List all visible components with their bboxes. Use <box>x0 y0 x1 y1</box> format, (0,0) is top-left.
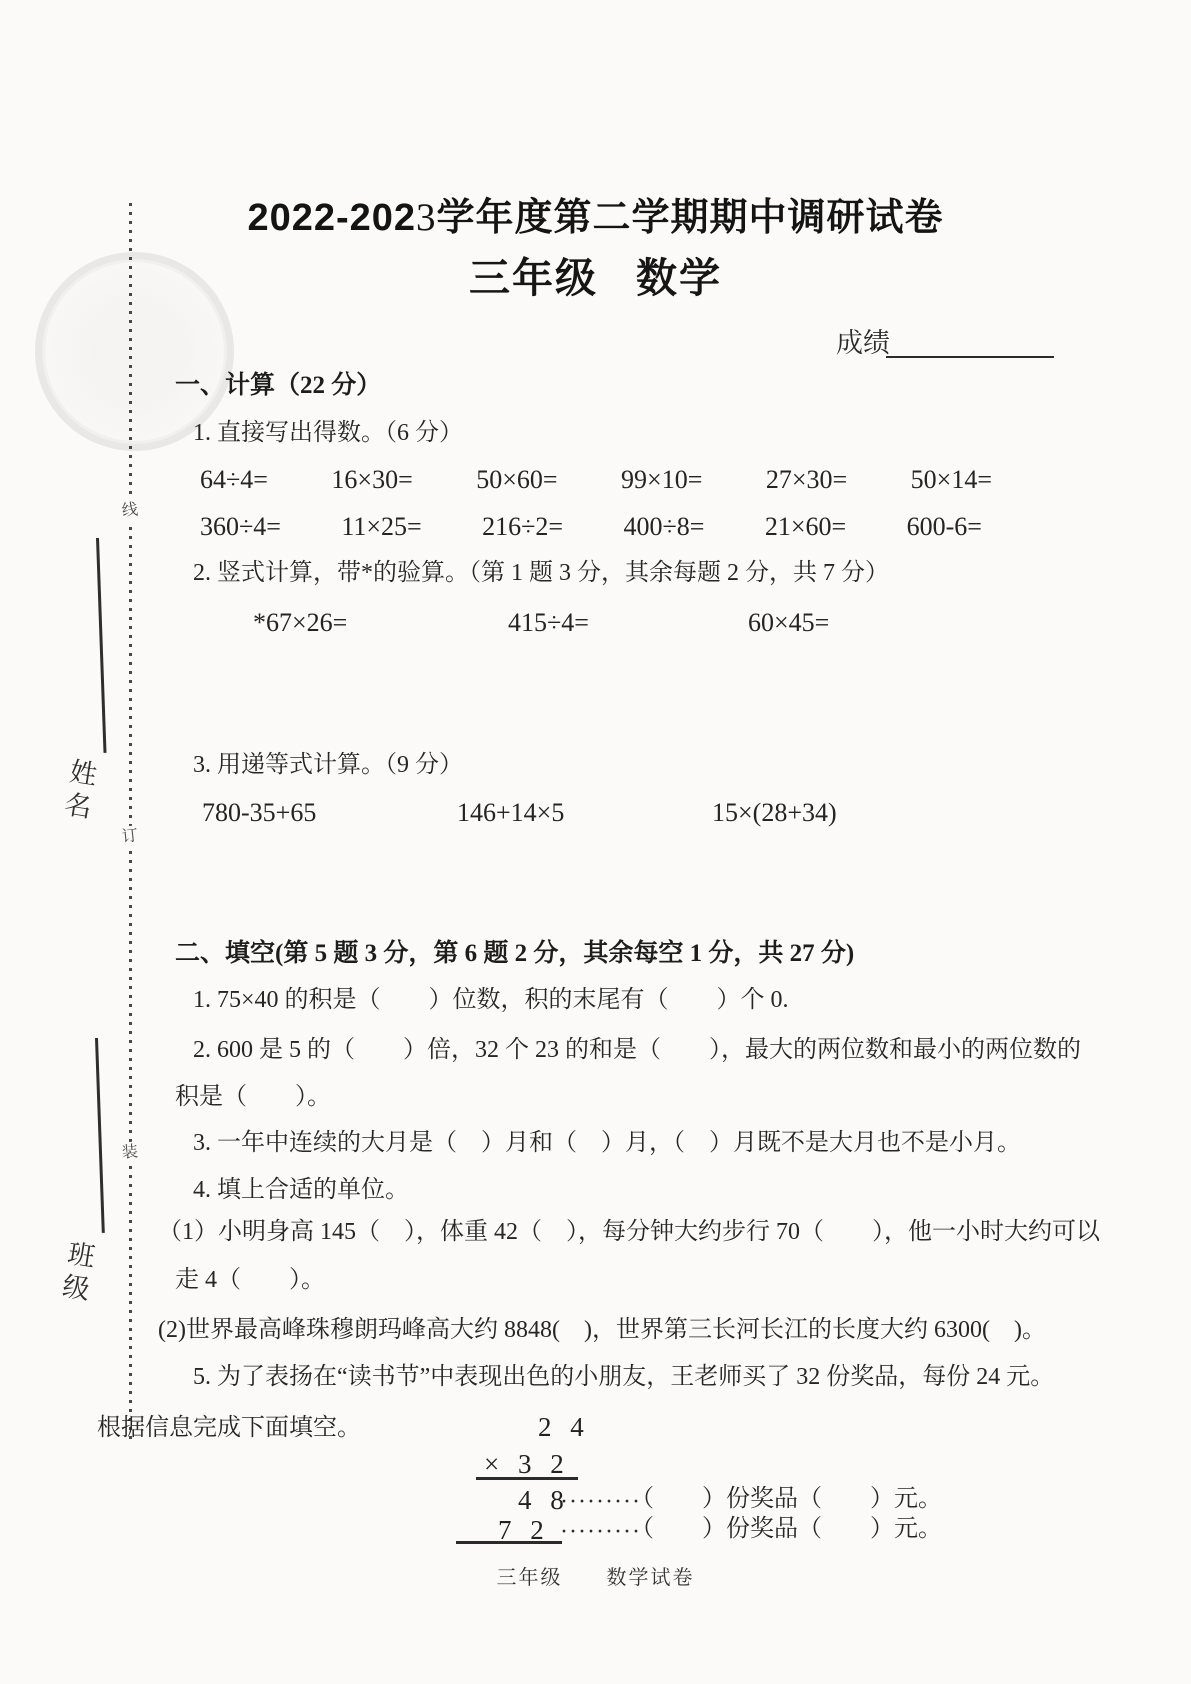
class-label: 班级 <box>57 1238 94 1307</box>
binding-char-xian: 线 <box>121 499 139 523</box>
equation: 99×10= <box>621 467 702 493</box>
s1-q2-label: 2. 竖式计算，带*的验算。（第 1 题 3 分，其余每题 2 分，共 7 分） <box>193 561 889 585</box>
equation: 50×60= <box>476 467 557 493</box>
section-2-heading: 二、填空(第 5 题 3 分，第 6 题 2 分，其余每空 1 分，共 27 分… <box>175 941 854 966</box>
exam-title-year: 2022-202 <box>247 197 416 239</box>
footer-text: 三年级 数学试卷 <box>0 1568 1191 1588</box>
equation: 11×25= <box>341 514 421 540</box>
equation: 216÷2= <box>482 514 563 540</box>
exam-paper-page: 线 订 装 姓名 班级 2022-2023学年度第二学期期中调研试卷 三年级数学… <box>0 0 1191 1684</box>
mult-rule-2 <box>456 1541 562 1544</box>
s2-q1: 1. 75×40 的积是（ ）位数，积的末尾有（ ）个 0. <box>193 988 789 1012</box>
binding-dotted-line <box>129 203 132 1445</box>
s1-q2-item-2: 415÷4= <box>508 610 589 636</box>
s1-q3-item-3: 15×(28+34) <box>712 800 837 826</box>
s1-q1-row1: 64÷4= 16×30= 50×60= 99×10= 27×30= 50×14= <box>200 467 992 493</box>
equation: 360÷4= <box>200 514 281 540</box>
s2-q4-2: (2)世界最高峰珠穆朗玛峰高大约 8848( )，世界第三长河长江的长度大约 6… <box>158 1318 1046 1342</box>
equation: 600-6= <box>907 514 982 540</box>
equation: 27×30= <box>766 467 847 493</box>
s1-q1-row2: 360÷4= 11×25= 216÷2= 400÷8= 21×60= 600-6… <box>200 514 982 540</box>
subtitle-subject: 数学 <box>636 255 722 301</box>
mult-dots-1: ········· <box>560 1490 641 1514</box>
s1-q2-item-1: *67×26= <box>253 610 347 636</box>
mult-blank-2: （ ）份奖品（ ）元。 <box>630 1517 942 1541</box>
mult-partial-2: 7 2 <box>498 1517 550 1544</box>
section-1-heading: 一、计算（22 分） <box>175 373 381 398</box>
mult-dots-2: ········· <box>560 1520 641 1544</box>
s2-q3: 3. 一年中连续的大月是（ ）月和（ ）月，（ ）月既不是大月也不是小月。 <box>193 1131 1021 1155</box>
s1-q3-item-2: 146+14×5 <box>457 800 564 826</box>
exam-title-text: 学年度第二学期期中调研试卷 <box>437 197 944 239</box>
name-blank-line <box>96 538 107 753</box>
equation: 21×60= <box>765 514 846 540</box>
subtitle-grade: 三年级 <box>469 255 598 301</box>
s2-q5: 5. 为了表扬在“读书节”中表现出色的小朋友，王老师买了 32 份奖品，每份 2… <box>193 1365 1054 1389</box>
s2-q5-continuation: 根据信息完成下面填空。 <box>97 1416 361 1440</box>
exam-title: 2022-2023学年度第二学期期中调研试卷 <box>0 198 1191 237</box>
mult-blank-1: （ ）份奖品（ ）元。 <box>630 1487 942 1511</box>
equation: 64÷4= <box>200 467 268 493</box>
exam-subtitle: 三年级数学 <box>0 258 1191 299</box>
s1-q3-label: 3. 用递等式计算。（9 分） <box>193 753 463 777</box>
s2-q2-line2: 积是（ ）。 <box>175 1085 331 1109</box>
equation: 50×14= <box>911 467 992 493</box>
mult-multiplier: × 3 2 <box>484 1451 570 1478</box>
mult-multiplicand: 2 4 <box>538 1414 590 1441</box>
name-label: 姓名 <box>59 756 96 825</box>
s1-q3-item-1: 780-35+65 <box>202 800 316 826</box>
s2-q4-1-line1: （1）小明身高 145（ ），体重 42（ ），每分钟大约步行 70（ ），他一… <box>158 1220 1100 1244</box>
s2-q4-1-line2: 走 4（ ）。 <box>175 1268 325 1292</box>
exam-title-year-digit: 3 <box>416 196 437 239</box>
binding-char-ding: 订 <box>121 825 139 849</box>
s2-q4: 4. 填上合适的单位。 <box>193 1178 409 1202</box>
equation: 16×30= <box>331 467 412 493</box>
mult-rule-1 <box>476 1477 578 1480</box>
binding-char-zhuang: 装 <box>121 1141 139 1165</box>
score-blank-line <box>886 356 1054 358</box>
s1-q2-item-3: 60×45= <box>748 610 829 636</box>
score-label: 成绩 <box>836 330 890 357</box>
equation: 400÷8= <box>624 514 705 540</box>
class-blank-line <box>95 1038 105 1233</box>
s1-q1-label: 1. 直接写出得数。（6 分） <box>193 421 463 445</box>
s2-q2-line1: 2. 600 是 5 的（ ）倍，32 个 23 的和是（ ），最大的两位数和最… <box>193 1038 1081 1062</box>
